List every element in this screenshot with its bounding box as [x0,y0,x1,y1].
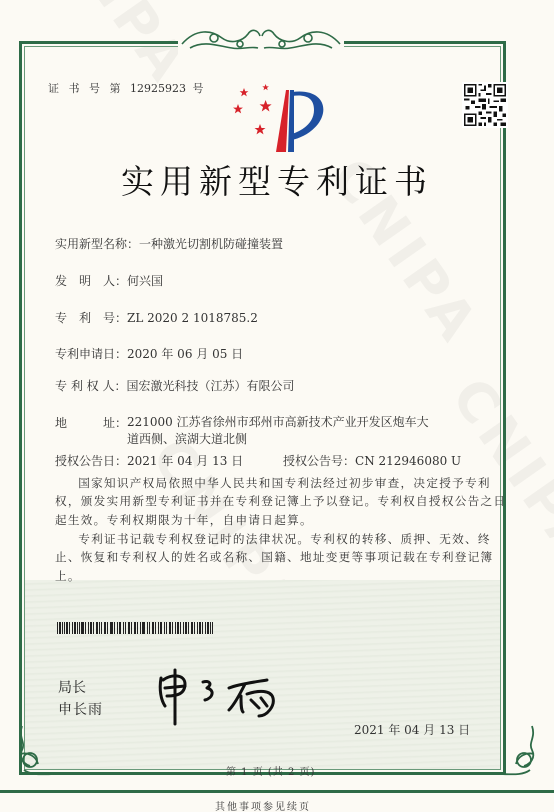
certificate-number: 证 书 号 第 12925923 号 [48,80,207,96]
bottom-rule [0,790,554,793]
field-patentee: 专 利 权 人：国宏激光科技（江苏）有限公司 [55,377,294,394]
field-label: 授权公告号： [283,452,355,469]
page-indicator: 第 1 页 (共 2 页) [226,763,315,778]
certificate-number-label: 证 书 号 第 [48,82,124,95]
legal-paragraph-2: 专利证书记载专利权登记时的法律状况。专利权的转移、质押、无效、终止、恢复和专利权… [55,530,515,586]
field-label: 授权公告日： [55,452,127,469]
field-value: 国宏激光科技（江苏）有限公司 [126,379,294,393]
field-utility-model-name: 实用新型名称：一种激光切割机防碰撞装置 [55,235,283,252]
field-inventor: 发 明 人：何兴国 [55,272,163,289]
certificate-number-value: 12925923 [130,82,186,95]
field-grant-number: 授权公告号：CN 212946080 U [283,452,461,469]
field-label-left: 地 [55,414,67,431]
top-ornament-icon [178,24,344,54]
field-address: 地 址： 221000 江苏省徐州市邳州市高新技术产业开发区炮车大道西侧、滨湖大… [55,414,475,450]
cnipa-logo-icon [226,78,336,152]
corner-ornament-right-icon [494,724,540,780]
qr-code-icon [462,82,508,128]
field-label: 实用新型名称： [55,235,139,252]
field-value: 221000 江苏省徐州市邳州市高新技术产业开发区炮车大道西侧、滨湖大道北侧 [127,414,437,448]
field-filing-date: 专利申请日：2020 年 06 月 05 日 [55,345,243,362]
field-value: ZL 2020 2 1018785.2 [127,311,258,325]
field-label-right: 址： [103,414,127,431]
field-value: 何兴国 [127,274,163,288]
field-patent-number: 专 利 号：ZL 2020 2 1018785.2 [55,309,258,326]
director-name: 申长雨 [58,699,103,719]
field-label: 专利申请日： [55,345,127,362]
field-label: 发 明 人： [55,272,127,289]
field-value: 2021 年 04 月 13 日 [127,454,243,468]
footer-note: 其他事项参见续页 [215,798,311,812]
field-label: 地 址： [55,414,127,431]
field-value: 2020 年 06 月 05 日 [127,347,243,361]
certificate-title: 实用新型专利证书 [0,156,554,203]
field-label: 专 利 号： [55,309,127,326]
field-value: 一种激光切割机防碰撞装置 [139,237,283,251]
certificate-number-suffix: 号 [193,82,207,95]
signing-date: 2021 年 04 月 13 日 [354,721,470,738]
barcode-icon [57,622,213,634]
field-label: 专 利 权 人： [55,377,126,394]
corner-ornament-left-icon [14,724,60,780]
field-grant-date: 授权公告日：2021 年 04 月 13 日 [55,452,243,469]
director-title: 局长 [58,677,86,697]
field-value: CN 212946080 U [355,454,461,468]
signature-icon [155,666,285,730]
legal-paragraph-1: 国家知识产权局依照中华人民共和国专利法经过初步审查，决定授予专利权，颁发实用新型… [55,474,515,530]
